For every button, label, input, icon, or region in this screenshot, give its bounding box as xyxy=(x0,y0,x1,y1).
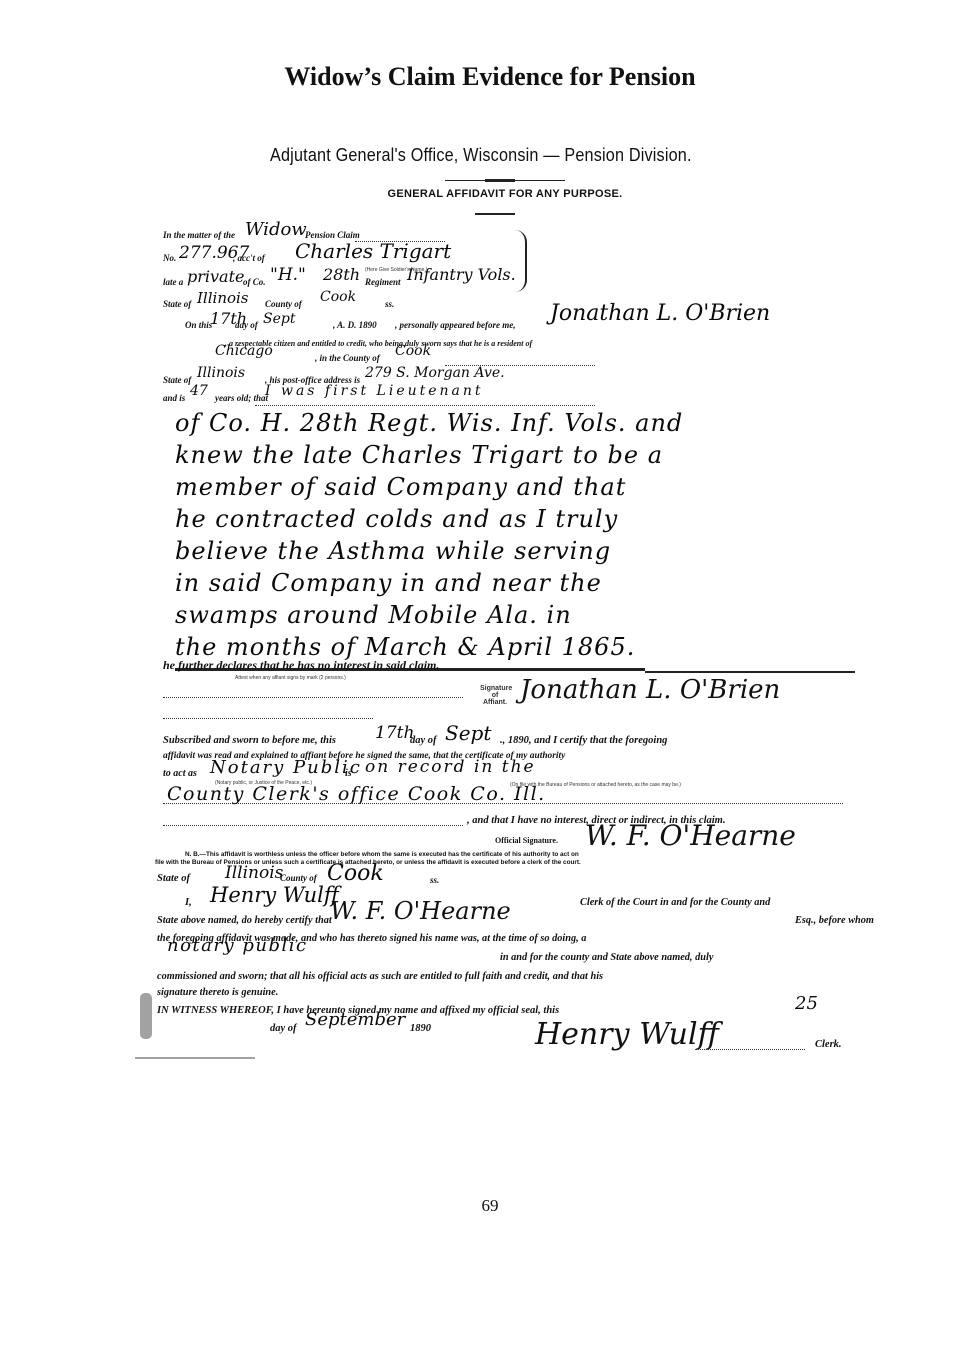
clerk-state: Illinois xyxy=(225,863,283,883)
statement-first-line: I was first Lieutenant xyxy=(265,383,484,399)
scan-artifact xyxy=(135,1057,255,1059)
official-signature: W. F. O'Hearne xyxy=(585,819,796,852)
nota-bene-line: N. B.—This affidavit is worthless unless… xyxy=(185,851,579,858)
appearance-month: Sept xyxy=(263,311,295,327)
office-heading: Adjutant General's Office, Wisconsin — P… xyxy=(270,145,692,166)
affiant-name: Jonathan L. O'Brien xyxy=(550,301,770,326)
affiant-signature: Jonathan L. O'Brien xyxy=(520,675,780,705)
company: "H." xyxy=(270,265,306,285)
divider xyxy=(485,179,515,182)
statement-line: swamps around Mobile Ala. in xyxy=(175,601,572,629)
clerk-name: Henry Wulff xyxy=(210,883,339,907)
soldier-name: Charles Trigart xyxy=(295,239,451,263)
affidavit-document: Adjutant General's Office, Wisconsin — P… xyxy=(155,135,855,1115)
form-title: GENERAL AFFIDAVIT FOR ANY PURPOSE. xyxy=(155,188,855,200)
residence-state: Illinois xyxy=(197,365,245,381)
affiant-age: 47 xyxy=(190,383,208,399)
brace xyxy=(515,230,527,292)
jurat-month: Sept xyxy=(445,721,491,745)
acct-label: , acc't of xyxy=(233,253,265,263)
filed-at: County Clerk's office Cook Co. Ill. xyxy=(167,783,546,805)
divider xyxy=(475,213,515,215)
clerk-signature: Henry Wulff xyxy=(535,1017,719,1052)
statement-line: in said Company in and near the xyxy=(175,569,602,597)
no-label: No. xyxy=(163,253,176,263)
statement-line: member of said Company and that xyxy=(175,473,626,501)
regiment-number: 28th xyxy=(323,265,360,284)
claim-type: Widow xyxy=(245,219,307,240)
post-office-address: 279 S. Morgan Ave. xyxy=(365,365,505,381)
jurat-day: 17th xyxy=(375,723,414,743)
seal-mark xyxy=(140,993,152,1039)
witness-month: September xyxy=(305,1009,405,1030)
page-number: 69 xyxy=(0,1196,980,1216)
residence-city: Chicago xyxy=(215,343,273,359)
venue-state: Illinois xyxy=(197,289,249,307)
statement-line: knew the late Charles Trigart to be a xyxy=(175,441,663,469)
venue-county: Cook xyxy=(320,289,356,305)
officer-title: Notary Public xyxy=(210,757,362,778)
certified-name: W. F. O'Hearne xyxy=(330,897,511,925)
page-title: Widow’s Claim Evidence for Pension xyxy=(0,62,980,92)
regiment-unit: Infantry Vols. xyxy=(407,265,516,284)
declaration: he further declares that he has no inter… xyxy=(163,658,439,673)
office-held: notary public xyxy=(167,935,308,956)
statement-line: believe the Asthma while serving xyxy=(175,537,611,565)
statement-line: the months of March & April 1865. xyxy=(175,633,635,661)
matter-label: In the matter of the xyxy=(163,230,235,240)
statement-line: he contracted colds and as I truly xyxy=(175,505,618,533)
residence-county: Cook xyxy=(395,343,431,359)
statement-line: of Co. H. 28th Regt. Wis. Inf. Vols. and xyxy=(175,409,683,437)
divider xyxy=(645,671,855,673)
witness-day: 25 xyxy=(795,993,818,1014)
signature-label: Signature of Affiant. xyxy=(480,685,510,706)
rank: private xyxy=(187,267,244,286)
on-file-status: on record in the xyxy=(365,757,536,777)
